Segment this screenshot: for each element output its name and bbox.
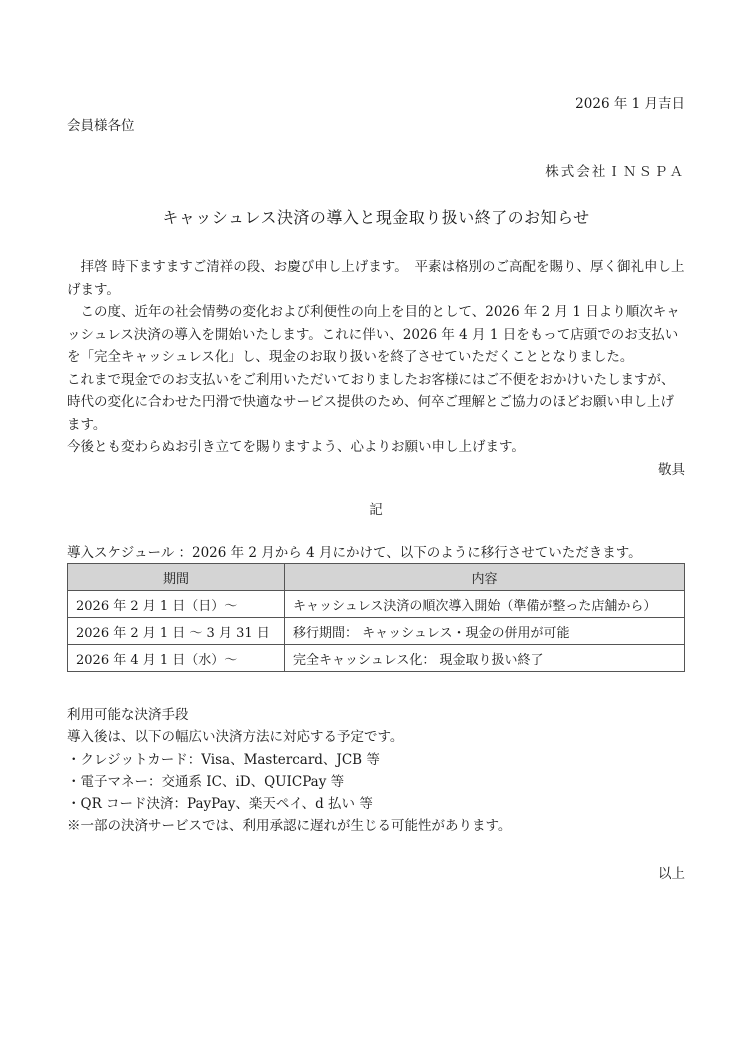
table-row: 2026 年 2 月 1 日 ～ 3 月 31 日 移行期間： キャッシュレス・… [68, 618, 685, 645]
payment-method-emoney: ・電子マネー：交通系 IC、iD、QUICPay 等 [67, 771, 685, 793]
body-text: 拝啓 時下ますますご清祥の段、お慶び申し上げます。 平素は格別のご高配を賜り、厚… [67, 256, 685, 459]
payment-method-qr: ・QR コード決済：PayPay、楽天ペイ、d 払い 等 [67, 793, 685, 815]
payment-method-credit: ・クレジットカード：Visa、Mastercard、JCB 等 [67, 749, 685, 771]
ki-marker: 記 [67, 498, 685, 518]
schedule-table: 期間 内容 2026 年 2 月 1 日（日）～ キャッシュレス決済の順次導入開… [67, 563, 685, 672]
announcement-paragraph: この度、近年の社会情勢の変化および利便性の向上を目的として、2026 年 2 月… [67, 301, 685, 369]
content-cell: 移行期間： キャッシュレス・現金の併用が可能 [285, 618, 685, 645]
header-period: 期間 [68, 564, 285, 591]
table-row: 2026 年 4 月 1 日（水）～ 完全キャッシュレス化： 現金取り扱い終了 [68, 645, 685, 672]
end-ijou: 以上 [658, 862, 685, 882]
sender-company: 株式会社ＩＮＳＰＡ [545, 160, 685, 180]
content-cell: 完全キャッシュレス化： 現金取り扱い終了 [285, 645, 685, 672]
apology-paragraph: これまで現金でのお支払いをご利用いただいておりましたお客様にはご不便をおかけいた… [67, 369, 685, 437]
content-cell: キャッシュレス決済の順次導入開始（準備が整った店舗から） [285, 591, 685, 618]
header-content: 内容 [285, 564, 685, 591]
payment-methods-heading: 利用可能な決済手段 [67, 704, 685, 726]
period-cell: 2026 年 2 月 1 日（日）～ [68, 591, 285, 618]
payment-methods-intro: 導入後は、以下の幅広い決済方法に対応する予定です。 [67, 726, 685, 748]
period-cell: 2026 年 4 月 1 日（水）～ [68, 645, 285, 672]
table-row: 2026 年 2 月 1 日（日）～ キャッシュレス決済の順次導入開始（準備が整… [68, 591, 685, 618]
document-title: キャッシュレス決済の導入と現金取り扱い終了のお知らせ [67, 205, 685, 228]
closing-paragraph: 今後とも変わらぬお引き立てを賜りますよう、心よりお願い申し上げます。 [67, 436, 685, 459]
issue-date: 2026 年 1 月吉日 [575, 92, 685, 112]
greeting-paragraph: 拝啓 時下ますますご清祥の段、お慶び申し上げます。 平素は格別のご高配を賜り、厚… [67, 256, 685, 301]
table-header-row: 期間 内容 [68, 564, 685, 591]
closing-keigu: 敬具 [658, 458, 685, 478]
addressee: 会員様各位 [67, 114, 135, 134]
period-cell: 2026 年 2 月 1 日 ～ 3 月 31 日 [68, 618, 285, 645]
payment-methods-note: ※一部の決済サービスでは、利用承認に遅れが生じる可能性があります。 [67, 815, 685, 837]
schedule-intro: 導入スケジュール ：2026 年 2 月から 4 月にかけて、以下のように移行さ… [67, 541, 642, 561]
payment-methods-section: 利用可能な決済手段 導入後は、以下の幅広い決済方法に対応する予定です。 ・クレジ… [67, 704, 685, 838]
